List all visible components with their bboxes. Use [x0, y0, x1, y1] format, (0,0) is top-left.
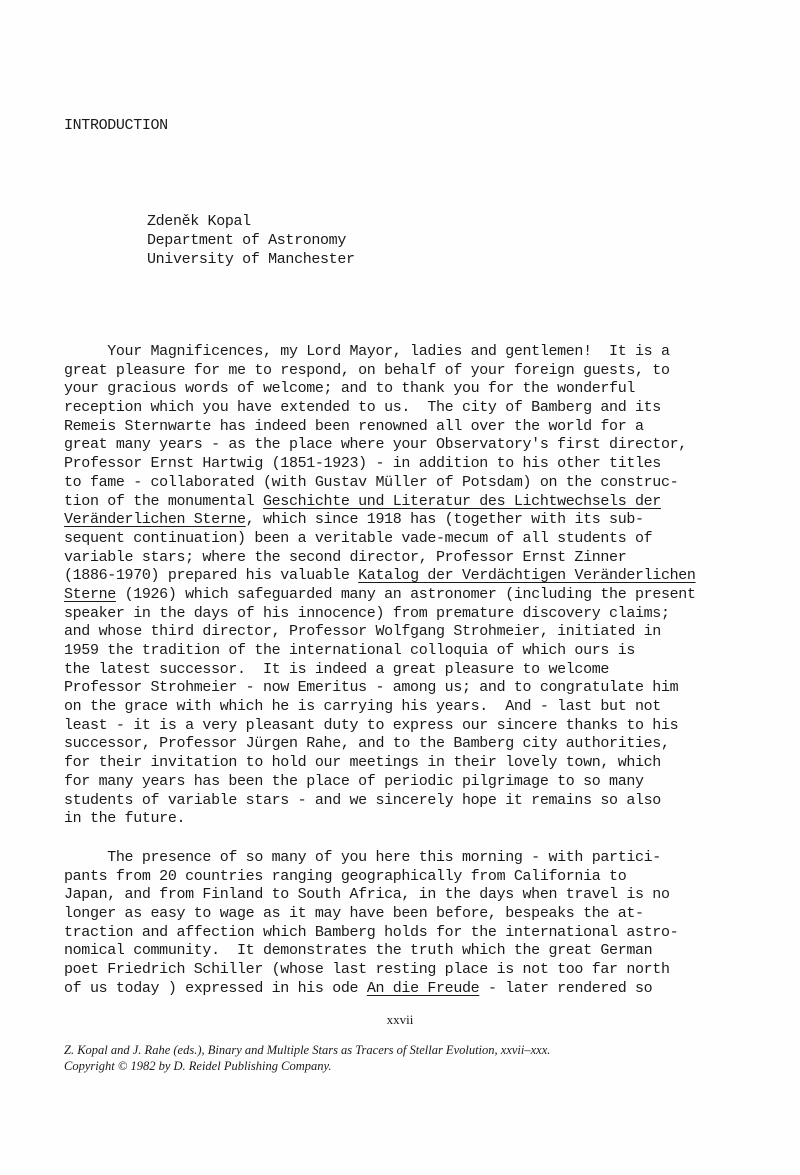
text-line: longer as easy to wage as it may have be… [64, 905, 678, 924]
paragraph-1: Your Magnificences, my Lord Mayor, ladie… [64, 343, 696, 829]
text-span: nomical community. It demonstrates the t… [64, 942, 652, 959]
text-line: 1959 the tradition of the international … [64, 642, 696, 661]
text-line: Sterne (1926) which safeguarded many an … [64, 586, 696, 605]
text-line: The presence of so many of you here this… [64, 849, 678, 868]
text-line: pants from 20 countries ranging geograph… [64, 868, 678, 887]
text-span: tion of the monumental [64, 493, 263, 510]
text-line: speaker in the days of his innocence) fr… [64, 605, 696, 624]
text-line: (1886-1970) prepared his valuable Katalo… [64, 567, 696, 586]
text-span: your gracious words of welcome; and to t… [64, 380, 635, 397]
text-line: variable stars; where the second directo… [64, 549, 696, 568]
text-line: for many years has been the place of per… [64, 773, 696, 792]
copyright: Copyright © 1982 by D. Reidel Publishing… [64, 1059, 550, 1075]
text-line: great many years - as the place where yo… [64, 436, 696, 455]
underlined-title: Katalog der Verdächtigen Veränderlichen [358, 567, 695, 584]
text-span: the latest successor. It is indeed a gre… [64, 661, 609, 678]
text-span: pants from 20 countries ranging geograph… [64, 868, 626, 885]
text-line: Your Magnificences, my Lord Mayor, ladie… [64, 343, 696, 362]
text-line: in the future. [64, 810, 696, 829]
text-span: in the future. [64, 810, 185, 827]
text-span: successor, Professor Jürgen Rahe, and to… [64, 735, 670, 752]
text-line: successor, Professor Jürgen Rahe, and to… [64, 735, 696, 754]
text-line: Remeis Sternwarte has indeed been renown… [64, 418, 696, 437]
text-span: students of variable stars - and we sinc… [64, 792, 661, 809]
text-span: longer as easy to wage as it may have be… [64, 905, 644, 922]
text-span: traction and affection which Bamberg hol… [64, 924, 678, 941]
section-heading: INTRODUCTION [64, 117, 168, 134]
citation: Z. Kopal and J. Rahe (eds.), Binary and … [64, 1043, 550, 1059]
text-span: of us today ) expressed in his ode [64, 980, 367, 997]
text-line: tion of the monumental Geschichte und Li… [64, 493, 696, 512]
author-department: Department of Astronomy [147, 231, 355, 250]
underlined-title: An die Freude [367, 980, 479, 997]
text-line: on the grace with which he is carrying h… [64, 698, 696, 717]
text-span: Remeis Sternwarte has indeed been renown… [64, 418, 644, 435]
text-span: Professor Ernst Hartwig (1851-1923) - in… [64, 455, 661, 472]
text-span: to fame - collaborated (with Gustav Müll… [64, 474, 678, 491]
text-line: the latest successor. It is indeed a gre… [64, 661, 696, 680]
document-page: INTRODUCTION Zdeněk Kopal Department of … [0, 0, 800, 1175]
page-number: xxvii [0, 1012, 800, 1028]
text-span: reception which you have extended to us.… [64, 399, 661, 416]
author-name: Zdeněk Kopal [147, 212, 355, 231]
text-line: your gracious words of welcome; and to t… [64, 380, 696, 399]
text-span: - later rendered so [479, 980, 652, 997]
text-line: reception which you have extended to us.… [64, 399, 696, 418]
text-span: Professor Strohmeier - now Emeritus - am… [64, 679, 678, 696]
text-line: Professor Ernst Hartwig (1851-1923) - in… [64, 455, 696, 474]
text-span: for their invitation to hold our meeting… [64, 754, 661, 771]
paragraph-2: The presence of so many of you here this… [64, 849, 678, 999]
underlined-title: Veränderlichen Sterne [64, 511, 246, 528]
text-span: variable stars; where the second directo… [64, 549, 626, 566]
text-span: (1886-1970) prepared his valuable [64, 567, 358, 584]
author-university: University of Manchester [147, 250, 355, 269]
text-span: Japan, and from Finland to South Africa,… [64, 886, 670, 903]
text-span: least - it is a very pleasant duty to ex… [64, 717, 678, 734]
text-span: poet Friedrich Schiller (whose last rest… [64, 961, 670, 978]
text-span: Your Magnificences, my Lord Mayor, ladie… [64, 343, 670, 360]
text-span: , which since 1918 has (together with it… [246, 511, 644, 528]
text-line: nomical community. It demonstrates the t… [64, 942, 678, 961]
text-line: least - it is a very pleasant duty to ex… [64, 717, 696, 736]
text-span: sequent continuation) been a veritable v… [64, 530, 652, 547]
text-span: (1926) which safeguarded many an astrono… [116, 586, 696, 603]
text-line: students of variable stars - and we sinc… [64, 792, 696, 811]
text-line: to fame - collaborated (with Gustav Müll… [64, 474, 696, 493]
text-line: of us today ) expressed in his ode An di… [64, 980, 678, 999]
text-span: on the grace with which he is carrying h… [64, 698, 661, 715]
text-line: Professor Strohmeier - now Emeritus - am… [64, 679, 696, 698]
author-block: Zdeněk Kopal Department of Astronomy Uni… [147, 212, 355, 269]
text-span: The presence of so many of you here this… [64, 849, 661, 866]
footer-citation-block: Z. Kopal and J. Rahe (eds.), Binary and … [64, 1043, 550, 1074]
text-line: Veränderlichen Sterne, which since 1918 … [64, 511, 696, 530]
underlined-title: Sterne [64, 586, 116, 603]
text-line: Japan, and from Finland to South Africa,… [64, 886, 678, 905]
text-line: great pleasure for me to respond, on beh… [64, 362, 696, 381]
text-span: great many years - as the place where yo… [64, 436, 687, 453]
text-line: for their invitation to hold our meeting… [64, 754, 696, 773]
text-line: sequent continuation) been a veritable v… [64, 530, 696, 549]
text-span: for many years has been the place of per… [64, 773, 644, 790]
text-span: 1959 the tradition of the international … [64, 642, 635, 659]
text-line: and whose third director, Professor Wolf… [64, 623, 696, 642]
underlined-title: Geschichte und Literatur des Lichtwechse… [263, 493, 661, 510]
text-line: traction and affection which Bamberg hol… [64, 924, 678, 943]
text-span: and whose third director, Professor Wolf… [64, 623, 661, 640]
text-line: poet Friedrich Schiller (whose last rest… [64, 961, 678, 980]
text-span: speaker in the days of his innocence) fr… [64, 605, 670, 622]
text-span: great pleasure for me to respond, on beh… [64, 362, 670, 379]
